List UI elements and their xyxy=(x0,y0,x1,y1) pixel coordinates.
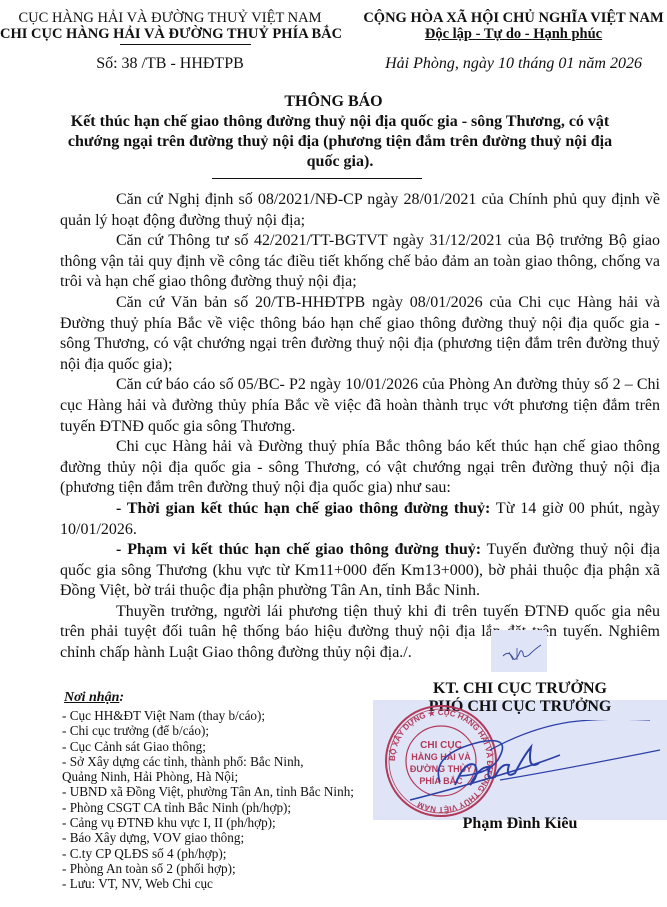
body-paragraph: Căn cứ báo cáo số 05/BC- P2 ngày 10/01/2… xyxy=(60,375,660,437)
handwritten-signature-icon xyxy=(400,720,667,810)
initials-icon xyxy=(491,630,547,672)
recipient-item: Quảng Ninh, Hải Phòng, Hà Nội; xyxy=(62,769,382,784)
signer-role-primary: KT. CHI CỤC TRƯỞNG xyxy=(373,680,667,698)
recipient-item: - Báo Xây dựng, VOV giao thông; xyxy=(62,830,382,845)
recipient-item: - Cảng vụ ĐTNĐ khu vực I, II (ph/hợp); xyxy=(62,815,382,830)
document-number: Số: 38 /TB - HHĐTPB xyxy=(0,55,340,73)
recipient-item: - Lưu: VT, NV, Web Chi cục xyxy=(62,876,382,891)
closing-paragraph: Thuyền trưởng, người lái phương tiện thu… xyxy=(60,602,660,664)
recipient-item: - Phòng An toàn số 2 (phối hợp); xyxy=(62,861,382,876)
recipient-item: - Phòng CSGT CA tỉnh Bắc Ninh (ph/hợp); xyxy=(62,800,382,815)
national-motto: Độc lập - Tự do - Hạnh phúc xyxy=(360,26,667,43)
document-body: Căn cứ Nghị định số 08/2021/NĐ-CP ngày 2… xyxy=(60,190,660,664)
parent-agency-name: CỤC HÀNG HẢI VÀ ĐƯỜNG THUỶ VIỆT NAM xyxy=(0,10,340,27)
recipients-title: Nơi nhận: xyxy=(64,690,124,706)
scope-paragraph: - Phạm vi kết thúc hạn chế giao thông đư… xyxy=(60,540,660,602)
body-paragraph: Căn cứ Nghị định số 08/2021/NĐ-CP ngày 2… xyxy=(60,190,660,231)
recipient-item: - Sở Xây dựng các tỉnh, thành phố: Bắc N… xyxy=(62,754,382,769)
body-paragraph: Căn cứ Văn bản số 20/TB-HHĐTPB ngày 08/0… xyxy=(60,293,660,375)
recipients-list: - Cục HH&ĐT Việt Nam (thay b/cáo); - Chi… xyxy=(62,708,382,892)
scope-label: - Phạm vi kết thúc hạn chế giao thông đư… xyxy=(116,541,481,558)
document-subject: Kết thúc hạn chế giao thông đường thuỷ n… xyxy=(60,112,620,172)
recipient-item: - Cục HH&ĐT Việt Nam (thay b/cáo); xyxy=(62,708,382,723)
place-and-date: Hải Phòng, ngày 10 tháng 01 năm 2026 xyxy=(360,55,667,73)
recipient-item: - C.ty CP QLĐS số 4 (ph/hợp); xyxy=(62,846,382,861)
end-time-label: - Thời gian kết thúc hạn chế giao thông … xyxy=(116,500,490,517)
nation-name: CỘNG HÒA XÃ HỘI CHỦ NGHĨA VIỆT NAM xyxy=(360,10,667,27)
subject-divider xyxy=(212,178,422,179)
document-title: THÔNG BÁO xyxy=(0,93,667,111)
recipient-item: - Cục Cảnh sát Giao thông; xyxy=(62,739,382,754)
recipient-item: - UBND xã Đồng Việt, phường Tân An, tỉnh… xyxy=(62,784,382,799)
recipient-item: - Chi cục trưởng (để b/cáo); xyxy=(62,723,382,738)
body-paragraph: Chi cục Hàng hải và Đường thuỷ phía Bắc … xyxy=(60,437,660,499)
end-time-paragraph: - Thời gian kết thúc hạn chế giao thông … xyxy=(60,499,660,540)
agency-name: CHI CỤC HÀNG HẢI VÀ ĐƯỜNG THUỶ PHÍA BẮC xyxy=(0,26,340,43)
signer-name: Phạm Đình Kiêu xyxy=(373,815,667,833)
body-paragraph: Căn cứ Thông tư số 42/2021/TT-BGTVT ngày… xyxy=(60,231,660,293)
header-left-divider xyxy=(120,44,251,45)
